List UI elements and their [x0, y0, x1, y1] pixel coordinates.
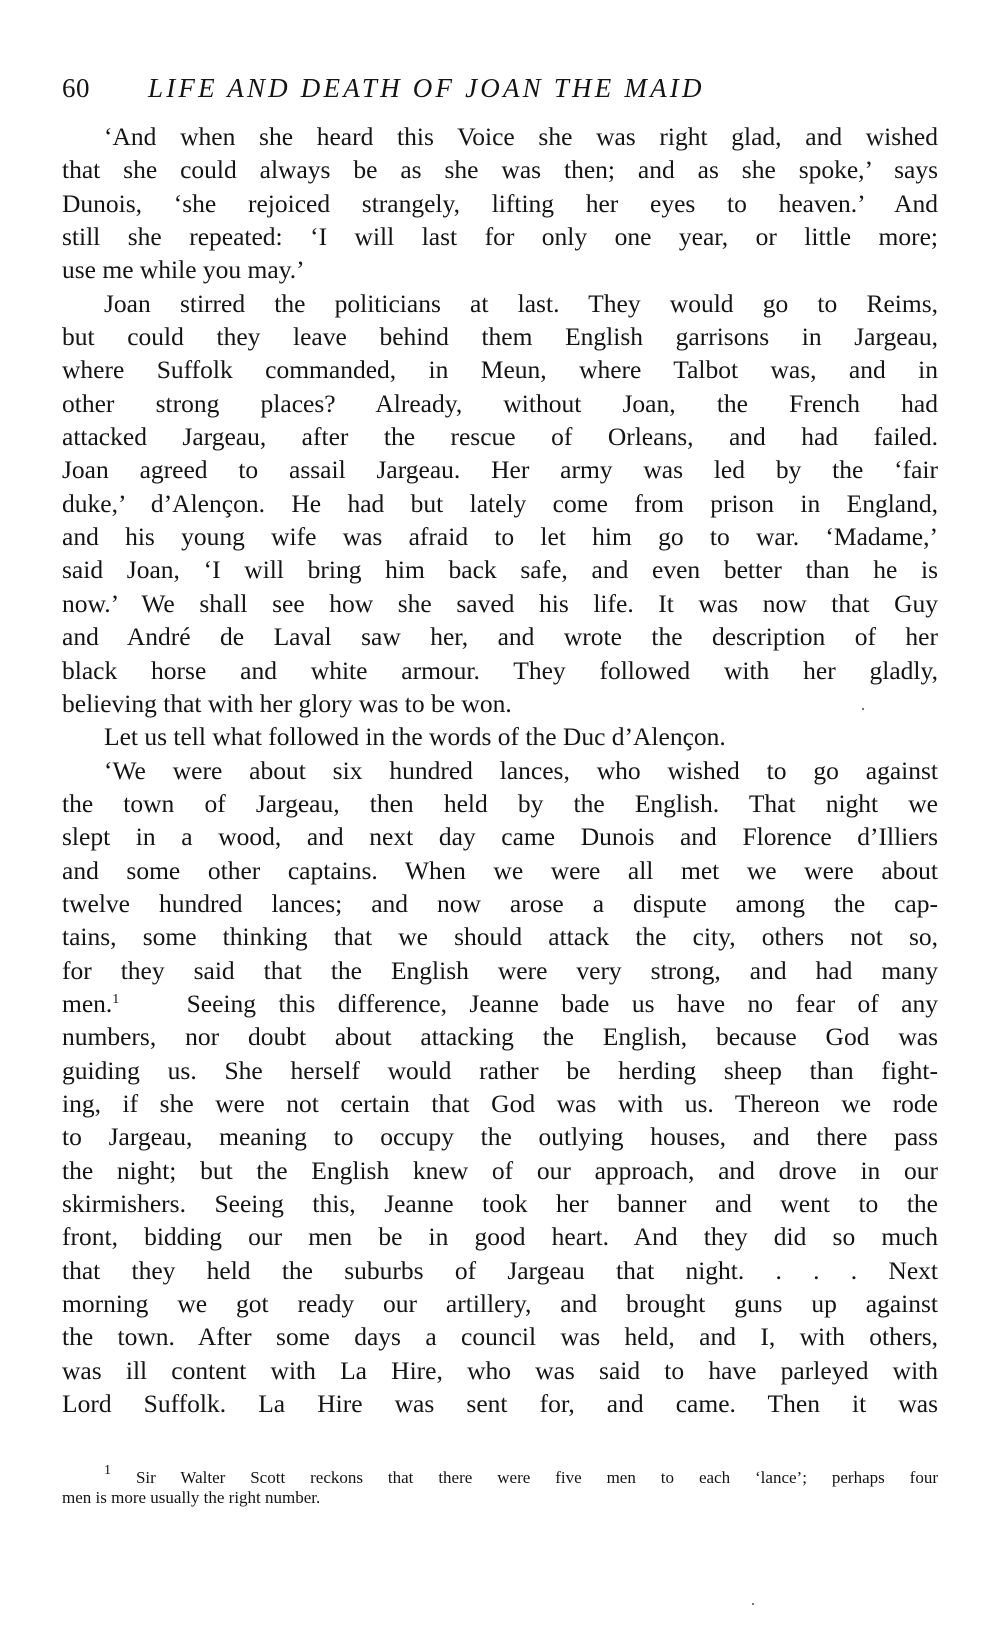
scan-speck — [752, 1603, 754, 1605]
footnote-line: 1 Sir Walter Scott reckons that there we… — [62, 1468, 938, 1488]
text-line: but could they leave behind them English… — [62, 320, 938, 353]
scan-speck — [862, 708, 864, 710]
text-line: and some other captains. When we were al… — [62, 854, 938, 887]
page-number: 60 — [62, 70, 90, 106]
body-text: ‘And when she heard this Voice she was r… — [62, 120, 938, 1420]
text-line: and André de Laval saw her, and wrote th… — [62, 620, 938, 653]
text-line: said Joan, ‘I will bring him back safe, … — [62, 553, 938, 586]
text-line: skirmishers. Seeing this, Jeanne took he… — [62, 1187, 938, 1220]
text-line: Dunois, ‘she rejoiced strangely, lifting… — [62, 187, 938, 220]
text-line: numbers, nor doubt about attacking the E… — [62, 1020, 938, 1053]
text-line: now.’ We shall see how she saved his lif… — [62, 587, 938, 620]
footnote-reference[interactable]: 1 — [112, 992, 119, 1007]
text-line: front, bidding our men be in good heart.… — [62, 1220, 938, 1253]
text-line: morning we got ready our artillery, and … — [62, 1287, 938, 1320]
text-line: ‘And when she heard this Voice she was r… — [62, 120, 938, 153]
text-line: Joan stirred the politicians at last. Th… — [62, 287, 938, 320]
text-line: that she could always be as she was then… — [62, 153, 938, 186]
footnote-text: Sir Walter Scott reckons that there were… — [136, 1468, 938, 1487]
text-line: attacked Jargeau, after the rescue of Or… — [62, 420, 938, 453]
text-line: that they held the suburbs of Jargeau th… — [62, 1254, 938, 1287]
text-line: and his young wife was afraid to let him… — [62, 520, 938, 553]
text-line: tains, some thinking that we should atta… — [62, 920, 938, 953]
text-line: the night; but the English knew of our a… — [62, 1154, 938, 1187]
text-line: the town of Jargeau, then held by the En… — [62, 787, 938, 820]
text-fragment: Seeing this difference, Jeanne bade us h… — [187, 989, 938, 1018]
text-line: still she repeated: ‘I will last for onl… — [62, 220, 938, 253]
text-line: for they said that the English were very… — [62, 954, 938, 987]
text-line: believing that with her glory was to be … — [62, 687, 938, 720]
footnotes: 1 Sir Walter Scott reckons that there we… — [62, 1468, 938, 1508]
text-line: ing, if she were not certain that God wa… — [62, 1087, 938, 1120]
text-line: ‘We were about six hundred lances, who w… — [62, 754, 938, 787]
text-line: duke,’ d’Alençon. He had but lately come… — [62, 487, 938, 520]
text-line: the town. After some days a council was … — [62, 1320, 938, 1353]
text-line: was ill content with La Hire, who was sa… — [62, 1354, 938, 1387]
footnote-marker: 1 — [104, 1463, 111, 1478]
text-line: other strong places? Already, without Jo… — [62, 387, 938, 420]
text-line: where Suffolk commanded, in Meun, where … — [62, 353, 938, 386]
text-line: Joan agreed to assail Jargeau. Her army … — [62, 453, 938, 486]
text-line: twelve hundred lances; and now arose a d… — [62, 887, 938, 920]
running-head: 60 LIFE AND DEATH OF JOAN THE MAID — [62, 70, 938, 106]
text-fragment: men. — [62, 989, 112, 1018]
text-line: black horse and white armour. They follo… — [62, 654, 938, 687]
text-line-with-footnote: men.1 Seeing this difference, Jeanne bad… — [62, 987, 938, 1020]
text-line: slept in a wood, and next day came Dunoi… — [62, 820, 938, 853]
text-line: use me while you may.’ — [62, 253, 938, 286]
text-line: Let us tell what followed in the words o… — [62, 720, 938, 753]
text-line: guiding us. She herself would rather be … — [62, 1054, 938, 1087]
running-title: LIFE AND DEATH OF JOAN THE MAID — [148, 70, 705, 106]
text-line: Lord Suffolk. La Hire was sent for, and … — [62, 1387, 938, 1420]
footnote-line: men is more usually the right number. — [62, 1488, 938, 1508]
text-line: to Jargeau, meaning to occupy the outlyi… — [62, 1120, 938, 1153]
